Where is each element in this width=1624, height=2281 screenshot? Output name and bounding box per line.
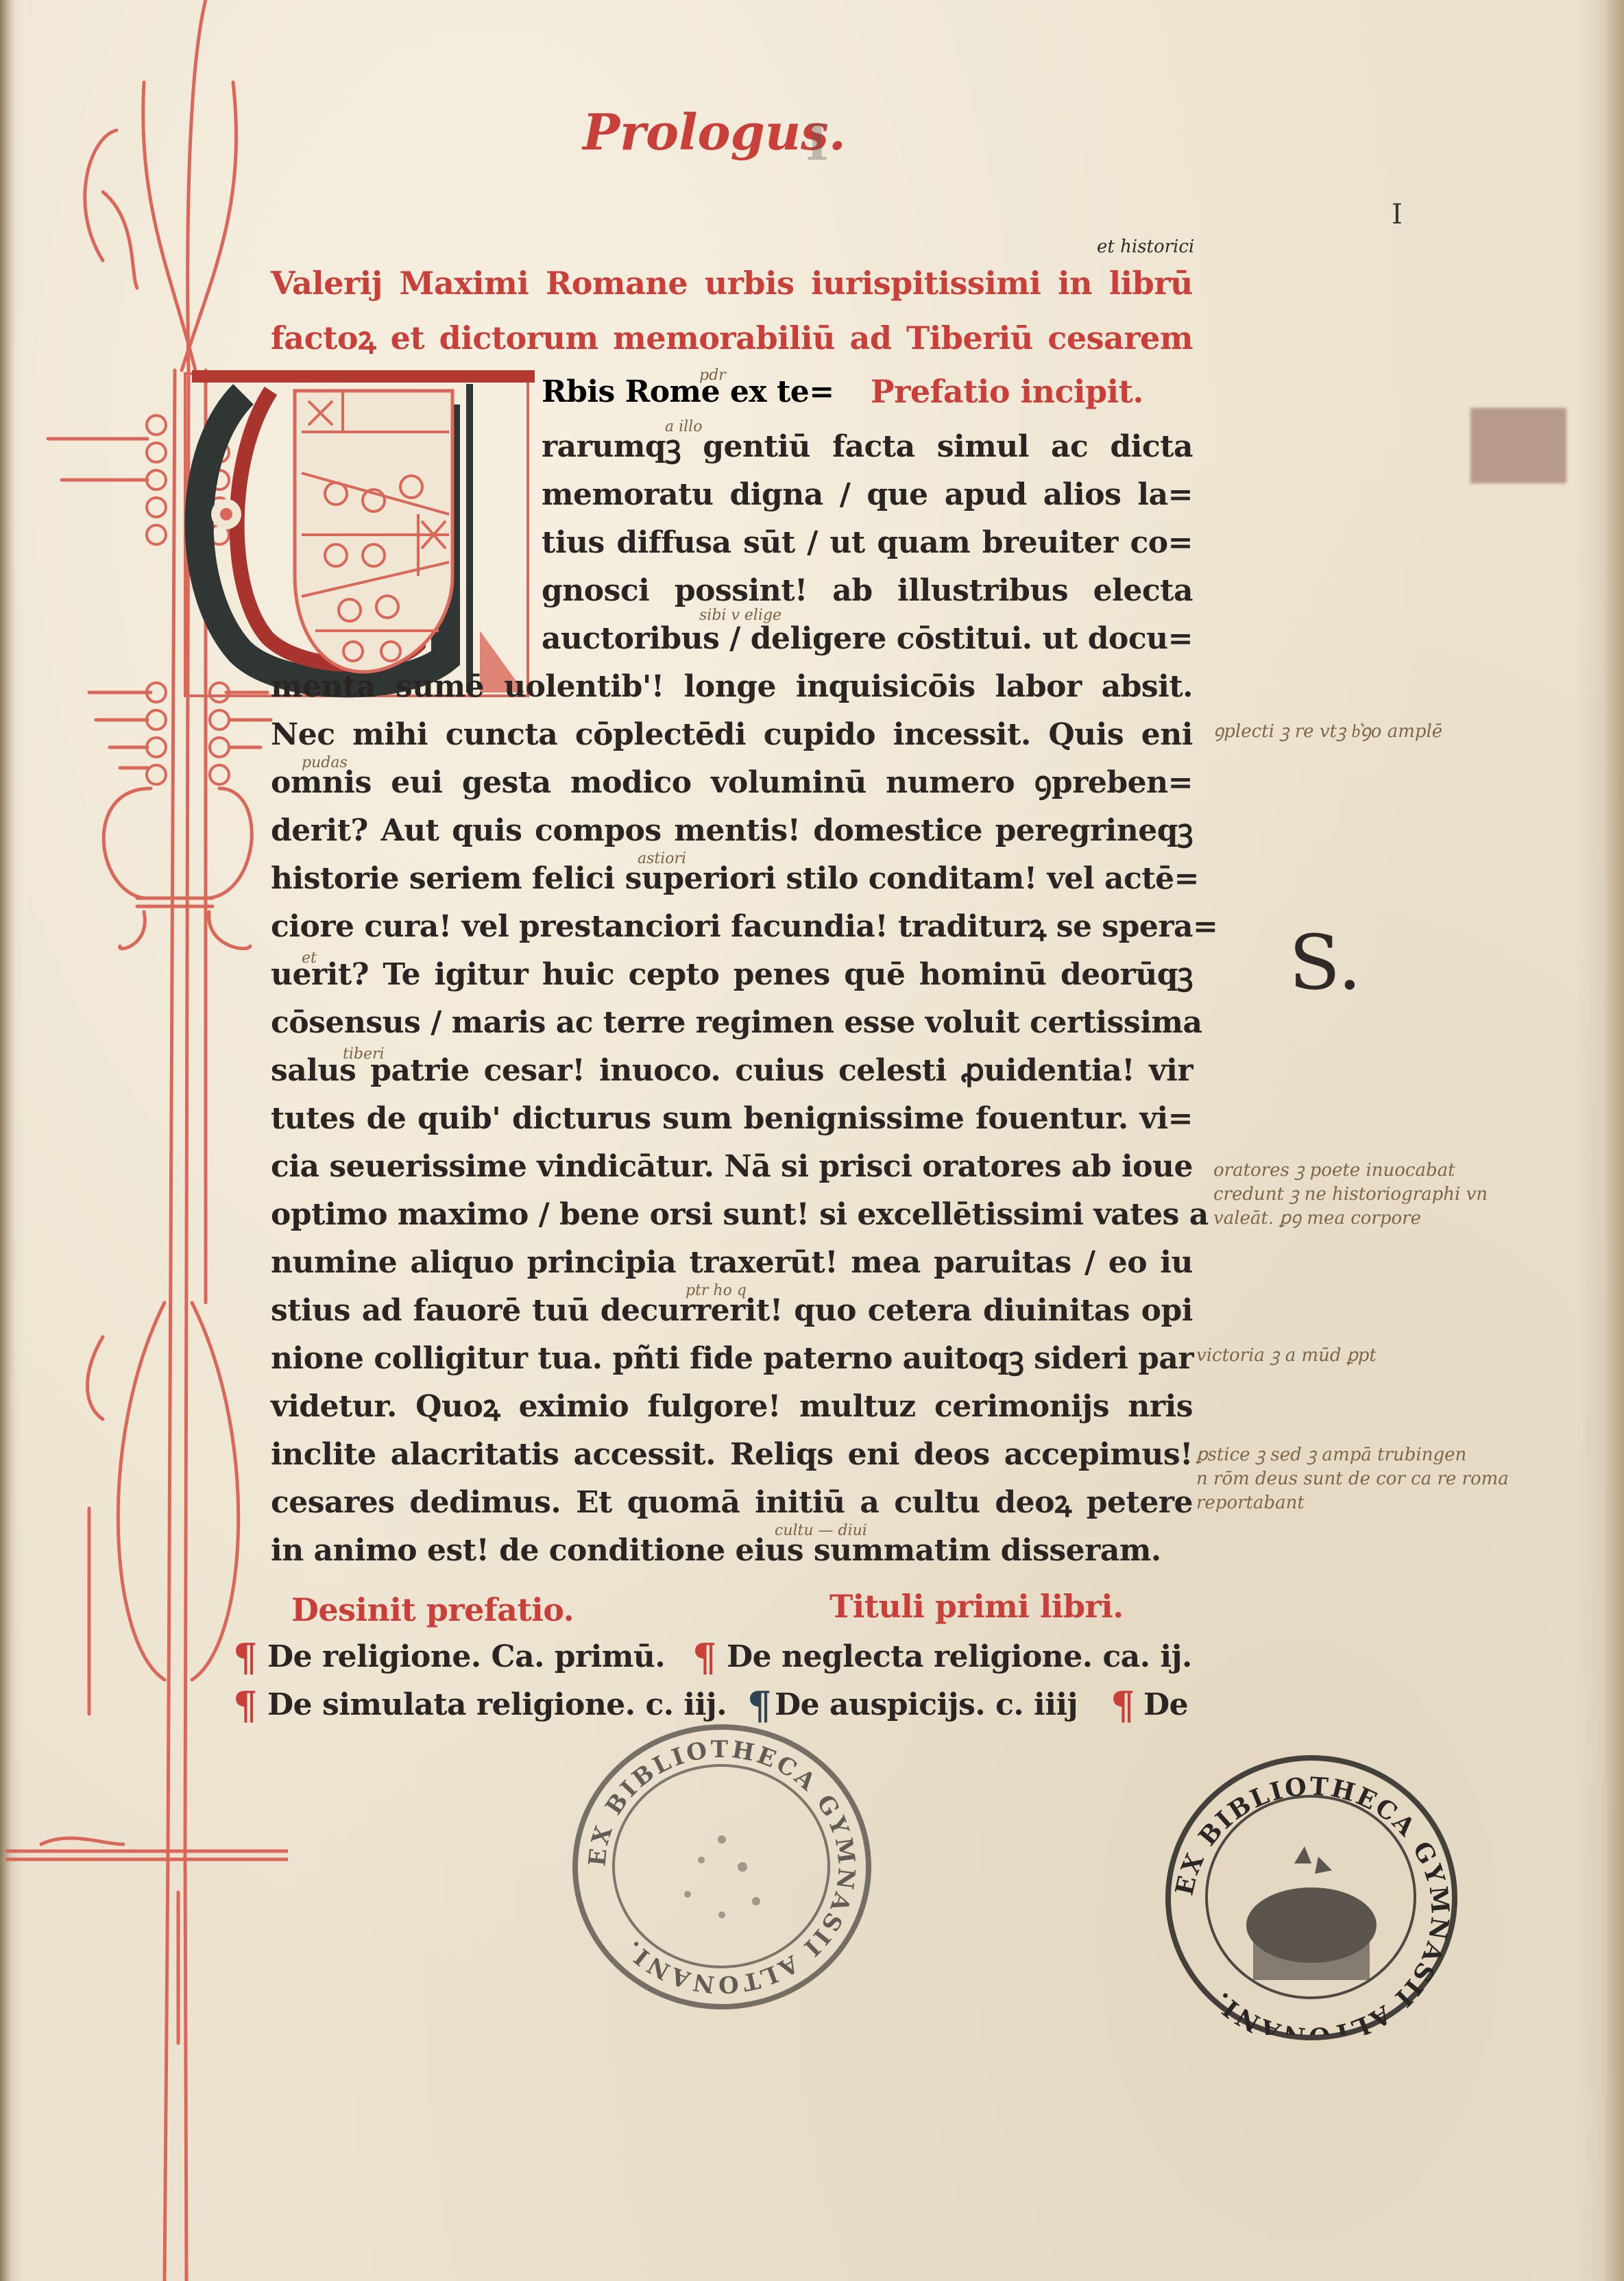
paragraph-mark-icon: ¶	[233, 1635, 258, 1680]
body-line-1: Rbis Rome ex te=	[542, 377, 829, 407]
library-stamp-faint: EX BIBLIOTHECA GYMNASII ALTONANI.	[572, 1724, 871, 2010]
chapter-entry: De simulata religione. c. iij.	[267, 1690, 727, 1720]
body-line-4: tius diffusa sūt / ut quam breuiter co=	[542, 528, 1193, 558]
body-line-15: salus patrie cesar! inuoco. cuius celest…	[271, 1056, 1193, 1086]
body-line-22: videtur. Quoꝝ eximio fulgore! multuz cer…	[271, 1392, 1193, 1422]
body-line-21: nione colligitur tua. pñti fide paterno …	[271, 1344, 1193, 1374]
body-line-11: historie seriem felici superiori stilo c…	[271, 864, 1193, 894]
chapter-list-heading: Tituli primi libri.	[829, 1591, 1124, 1622]
paragraph-mark-icon: ¶	[747, 1683, 772, 1728]
margin-mark-s: S.	[1289, 919, 1361, 1006]
incipit-line-1: Valerij Maximi Romane urbis iurispitissi…	[271, 267, 1193, 299]
chapter-entry: De neglecta religione. ca. ij.	[727, 1642, 1192, 1672]
body-line-13: uerit? Te igitur huic cepto penes quē ho…	[271, 960, 1193, 990]
body-line-20: stius ad fauorē tuū decurrerit! quo cete…	[271, 1296, 1193, 1326]
foliation-mark: I	[1392, 199, 1403, 230]
body-line-18: optimo maximo / bene orsi sunt! si excel…	[271, 1200, 1193, 1230]
margin-note: oratores ꝫ poete inuocabat credunt ꝫ ne …	[1213, 1159, 1488, 1231]
explicit-rubric: Desinit prefatio.	[291, 1594, 574, 1626]
incipit-line-2: factoꝝ et dictorum memorabiliū ad Tiberi…	[271, 322, 1193, 354]
body-line-16: tutes de quib' dicturus sum benignissime…	[271, 1104, 1193, 1134]
paragraph-mark-icon: ¶	[233, 1683, 258, 1728]
body-line-12: ciore cura! vel prestanciori facundia! t…	[271, 912, 1193, 942]
body-line-3: memoratu digna / que apud alios la=	[542, 480, 1193, 510]
paragraph-mark-icon: ¶	[1111, 1683, 1135, 1728]
paragraph-mark-icon: ¶	[692, 1635, 717, 1680]
body-line-7: menta sumē uolentib'! longe inquisicōis …	[271, 672, 1193, 702]
body-line-10: derit? Aut quis compos mentis! domestice…	[271, 816, 1193, 846]
svg-text:EX BIBLIOTHECA GYMNASII ALTONA: EX BIBLIOTHECA GYMNASII ALTONANI.	[583, 1736, 860, 1999]
ink-stain	[1470, 408, 1566, 483]
body-line-25: in animo est! de conditione eius summati…	[271, 1536, 956, 1566]
margin-note: ꝑstice ꝫ sed ꝫ ampā trubingen n rōm deus…	[1196, 1443, 1509, 1515]
body-line-14: cōsensus / maris ac terre regimen esse v…	[271, 1008, 1193, 1038]
illuminated-initial-u	[178, 370, 535, 713]
body-line-17: cia seuerissime vindicātur. Nā si prisci…	[271, 1152, 1193, 1182]
body-line-23: inclite alacritatis accessit. Reliqs eni…	[271, 1440, 1193, 1470]
offset-letter: I	[805, 113, 829, 171]
margin-note: ꝯplecti ꝫ re vtꝫ b͛ꝯo amplē	[1213, 720, 1442, 744]
body-line-19: numine aliquo principia traxerūt! mea pa…	[271, 1248, 1193, 1278]
body-line-2: rarumqꝫ gentiū facta simul ac dicta	[542, 432, 1193, 462]
chapter-entry: De auspicijs. c. iiij	[775, 1690, 1078, 1720]
body-line-9: omnis eui gesta modico voluminū numero ꝯ…	[271, 768, 1193, 798]
preface-heading: Prefatio incipit.	[871, 376, 1143, 407]
body-line-5: gnosci possint! ab illustribus electa	[542, 576, 1193, 606]
page-edge-right	[1603, 0, 1624, 2281]
red-border-decoration	[0, 0, 288, 2281]
chapter-entry: De religione. Ca. primū.	[267, 1642, 665, 1672]
body-line-24: cesares dedimus. Et quomā initiū a cultu…	[271, 1488, 1193, 1518]
gloss-et-historici: et historici	[1097, 237, 1194, 257]
body-line-6: auctoribus / deligere cōstitui. ut docu=	[542, 624, 1193, 654]
library-stamp: EX BIBLIOTHECA GYMNASII ALTONANI.	[1165, 1755, 1457, 2040]
chapter-entry: De	[1143, 1690, 1188, 1720]
margin-note: victoria ꝫ a mūd ꝑpt	[1196, 1344, 1377, 1368]
body-line-8: Nec mihi cuncta cōplectēdi cupido incess…	[271, 720, 1193, 750]
